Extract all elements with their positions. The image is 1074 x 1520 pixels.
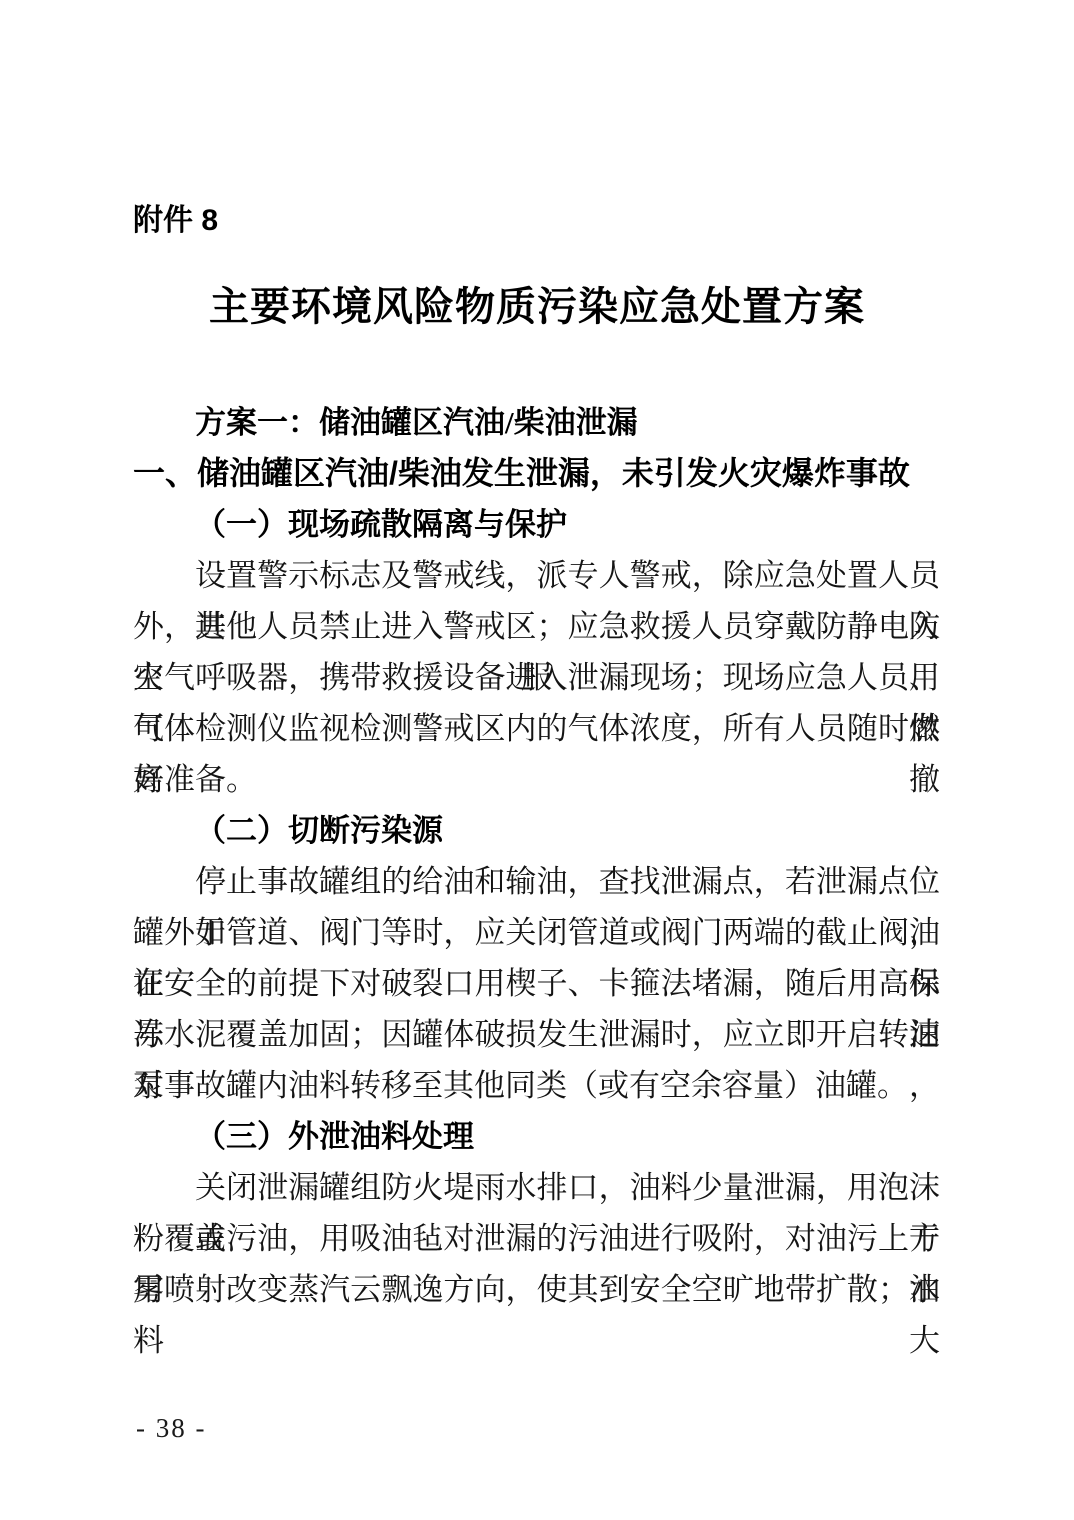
document-page: 附件 8 主要环境风险物质污染应急处置方案 方案一：储油罐区汽油/柴油泄漏 一、… xyxy=(0,0,1074,1520)
paragraph-1-line: 外，其他人员禁止进入警戒区；应急救援人员穿戴防静电防火服、 xyxy=(133,601,940,652)
paragraph-2-line: 罐外如管道、阀门等时，应关闭管道或阀门两端的截止阀，在保 xyxy=(133,907,940,958)
paragraph-3-line: 雾喷射改变蒸汽云飘逸方向，使其到安全空旷地带扩散；油料大 xyxy=(133,1264,940,1315)
paragraph-2-line: 证安全的前提下对破裂口用楔子、卡箍法堵漏，随后用高标号速 xyxy=(133,958,940,1009)
subsection-heading-2: （二）切断污染源 xyxy=(133,805,940,856)
subsection-heading-1: （一）现场疏散隔离与保护 xyxy=(133,499,940,550)
document-body: 方案一：储油罐区汽油/柴油泄漏 一、储油罐区汽油/柴油发生泄漏，未引发火灾爆炸事… xyxy=(133,397,940,1315)
attachment-label: 附件 8 xyxy=(133,203,218,239)
paragraph-1-line: 空气呼吸器，携带救援设备进入泄漏现场；现场应急人员用可燃 xyxy=(133,652,940,703)
paragraph-2-line: 冻水泥覆盖加固；因罐体破损发生泄漏时，应立即开启转油泵， xyxy=(133,1009,940,1060)
section-heading: 一、储油罐区汽油/柴油发生泄漏，未引发火灾爆炸事故 xyxy=(133,448,940,499)
paragraph-3-line: 关闭泄漏罐组防火堤雨水排口，油料少量泄漏，用泡沫或干 xyxy=(133,1162,940,1213)
paragraph-2-line: 对事故罐内油料转移至其他同类（或有空余容量）油罐。 xyxy=(133,1060,940,1111)
paragraph-1-line: 气体检测仪监视检测警戒区内的气体浓度，所有人员随时做好撤 xyxy=(133,703,940,754)
paragraph-1-line: 设置警示标志及警戒线，派专人警戒，除应急处置人员进入 xyxy=(133,550,940,601)
plan-heading: 方案一：储油罐区汽油/柴油泄漏 xyxy=(133,397,940,448)
document-title: 主要环境风险物质污染应急处置方案 xyxy=(0,281,1074,333)
paragraph-2-line: 停止事故罐组的给油和输油，查找泄漏点，若泄漏点位于油 xyxy=(133,856,940,907)
subsection-heading-3: （三）外泄油料处理 xyxy=(133,1111,940,1162)
page-number: - 38 - xyxy=(136,1412,206,1444)
paragraph-3-line: 粉覆盖污油，用吸油毡对泄漏的污油进行吸附，对油污上方用水 xyxy=(133,1213,940,1264)
